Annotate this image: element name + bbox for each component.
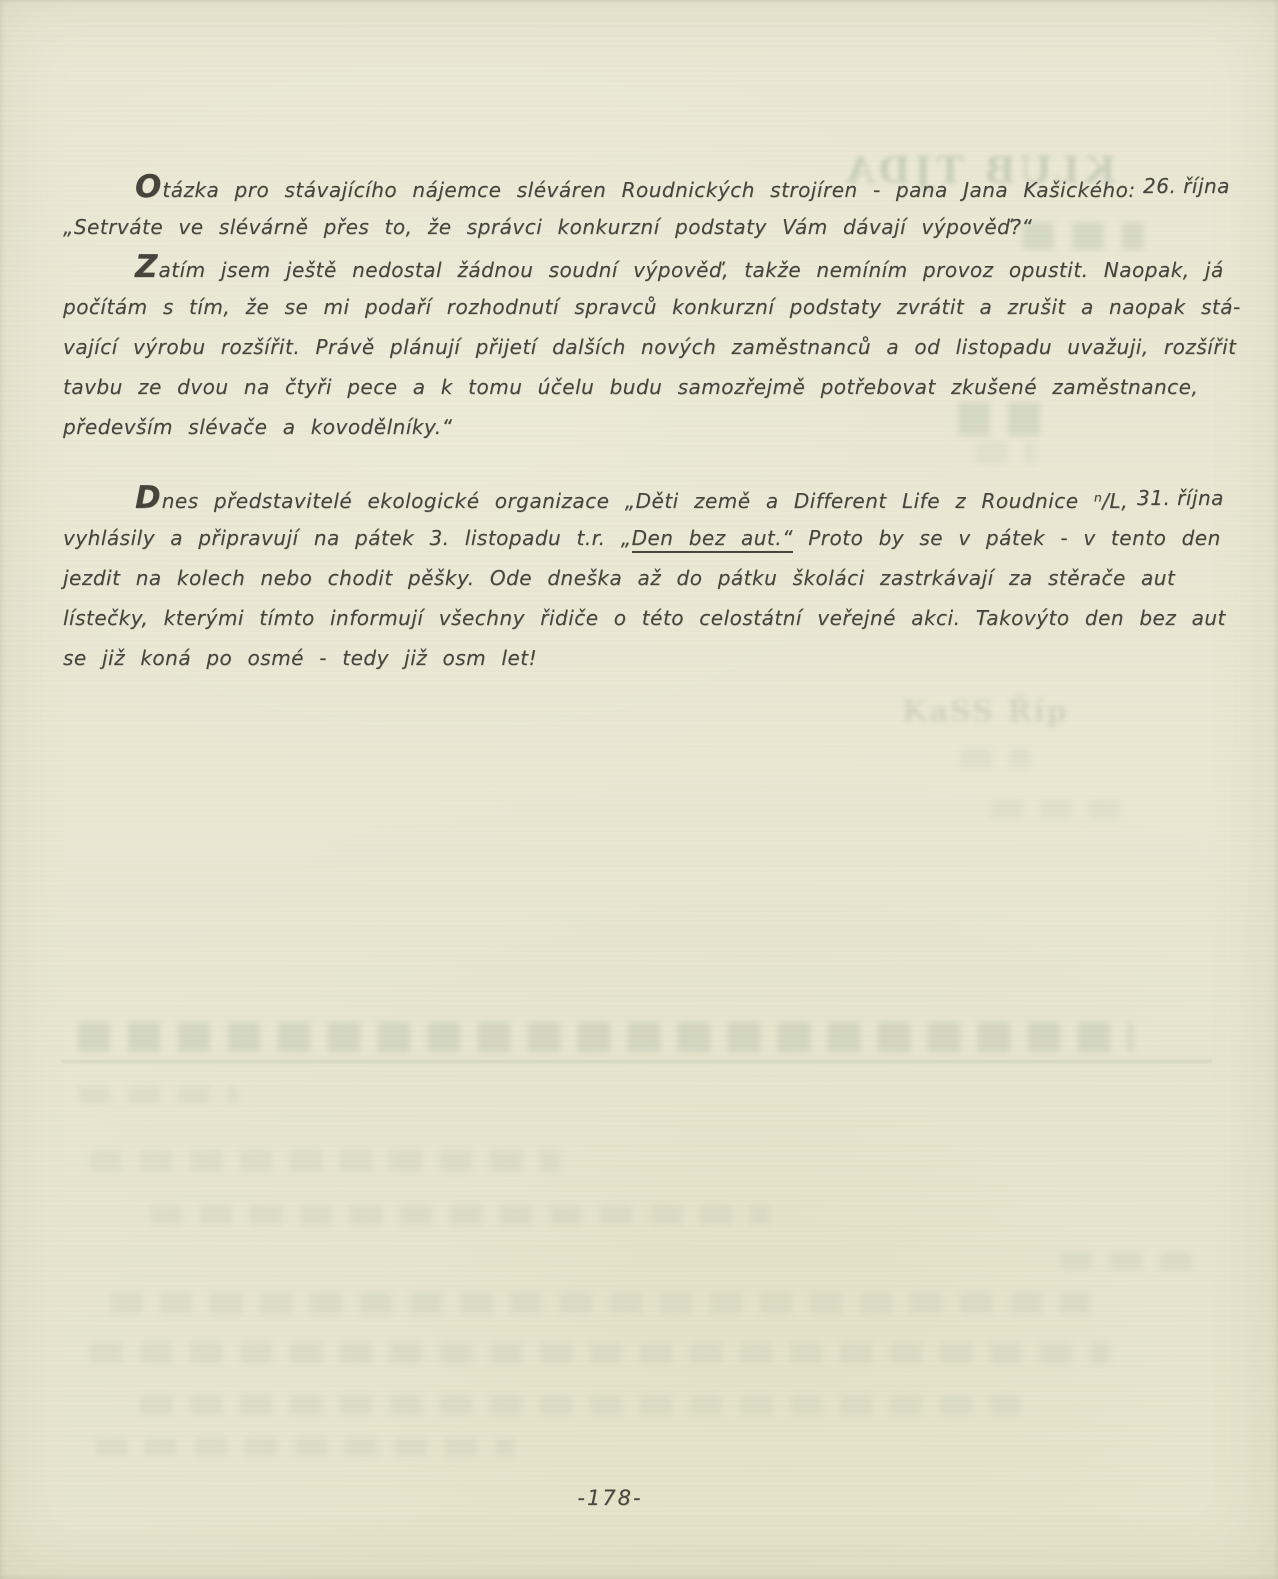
dropcap-initial: O — [135, 169, 162, 205]
entry2-line3: jezdit na kolech nebo chodit pěšky. Ode … — [63, 558, 1163, 598]
bleedthrough-line — [150, 1205, 770, 1225]
entry2-line1-text: nes představitelé ekologické organizace … — [162, 489, 1128, 513]
bleedthrough-line — [95, 1438, 515, 1456]
dropcap-initial: D — [135, 480, 162, 516]
den-bez-aut-underlined: Den bez aut.“ — [632, 526, 793, 553]
bleedthrough-line — [90, 1342, 1110, 1364]
entry-1: Otázka pro stávajícího nájemce sléváren … — [63, 167, 1163, 447]
entry1-line5: vající výrobu rozšířit. Právě plánují př… — [63, 327, 1163, 367]
entry2-line2-post: Proto by se v pátek - v tento den — [793, 526, 1221, 550]
bleedthrough-rule — [62, 1060, 1212, 1063]
entry1-line4: počítám s tím, že se mi podaří rozhodnut… — [63, 287, 1163, 327]
bleedthrough-label-text: KaSS Říp — [902, 694, 1069, 728]
bleedthrough-line — [1060, 1252, 1210, 1270]
chronicle-page-scan: KLUB TJDA 26. října Otázka pro stávající… — [0, 0, 1278, 1579]
entry2-line1: Dnes představitelé ekologické organizace… — [63, 478, 1163, 518]
bleedthrough-line — [140, 1395, 1020, 1415]
bleedthrough-line — [78, 1022, 1133, 1052]
entry2-line2: vyhlásily a připravují na pátek 3. listo… — [63, 518, 1163, 558]
bleedthrough-line — [78, 1086, 238, 1104]
entry1-line3: Zatím jsem ještě nedostal žádnou soudní … — [63, 247, 1163, 287]
bleedthrough-line — [90, 1150, 560, 1172]
entry1-line1: Otázka pro stávajícího nájemce sléváren … — [63, 167, 1163, 207]
entry1-line7: především slévače a kovodělníky.“ — [63, 407, 1163, 447]
entry1-line1-text: tázka pro stávajícího nájemce sléváren R… — [162, 178, 1135, 202]
page-number: -178- — [540, 1486, 680, 1510]
bleedthrough-smudge — [990, 800, 1120, 818]
entry-2: Dnes představitelé ekologické organizace… — [63, 478, 1163, 678]
entry1-line3-text: atím jsem ještě nedostal žádnou soudní v… — [158, 258, 1223, 282]
entry2-line5: se již koná po osmé - tedy již osm let! — [63, 638, 1163, 678]
bleedthrough-smudge — [960, 748, 1030, 768]
entry2-line2-pre: vyhlásily a připravují na pátek 3. listo… — [63, 526, 632, 550]
dropcap-initial: Z — [135, 249, 158, 285]
entry2-line4: lístečky, kterými tímto informují všechn… — [63, 598, 1163, 638]
entry1-line2: „Setrváte ve slévárně přes to, že správc… — [63, 207, 1163, 247]
entry1-line6: tavbu ze dvou na čtyři pece a k tomu úče… — [63, 367, 1163, 407]
bleedthrough-line — [110, 1292, 1090, 1314]
